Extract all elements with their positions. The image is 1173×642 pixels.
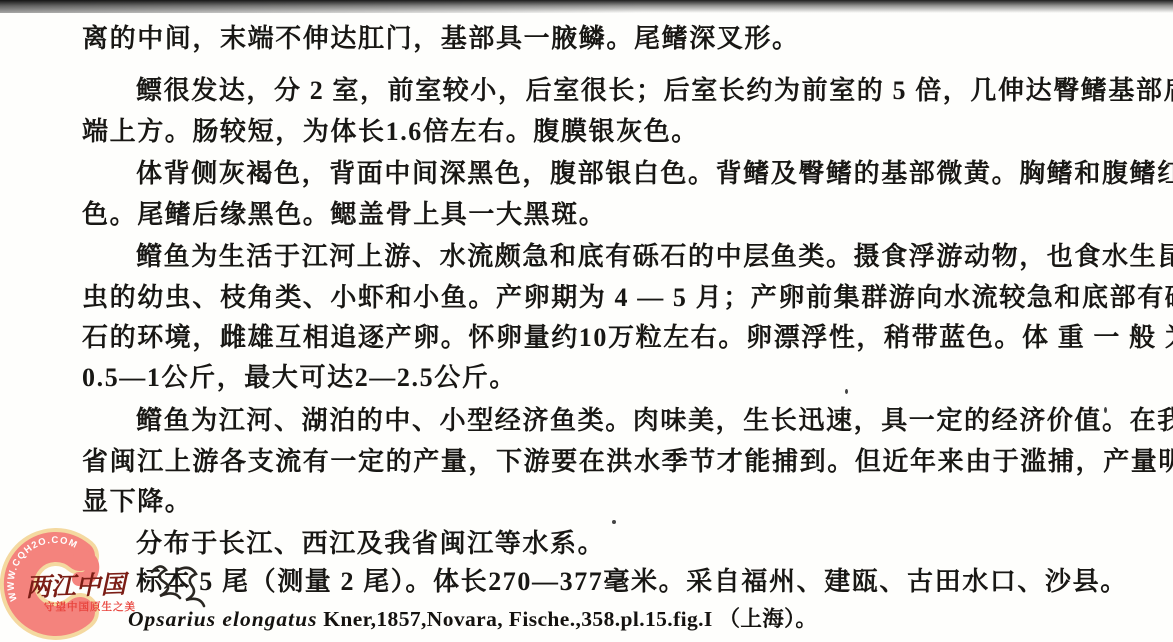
watermark-brand-text: 两江中国 [25, 570, 130, 602]
species-citation: Opsarius elongatus Kner,1857,Novara, Fis… [128, 602, 1128, 633]
scan-speck [845, 389, 848, 394]
scanned-book-page: { "page": { "description": "scanned Chin… [0, 0, 1173, 642]
text-line: 省闽江上游各支流有一定的产量，下游要在洪水季节才能捕到。但近年来由于滥捕，产量明 [82, 441, 1146, 478]
text-line: 0.5—1公斤，最大可达2—2.5公斤。 [82, 357, 1146, 394]
scan-speck [612, 520, 616, 524]
text-line: 鳤鱼为江河、湖泊的中、小型经济鱼类。肉味美，生长迅速，具一定的经济价值。在我 [82, 400, 1173, 437]
handwriting-overlay [152, 566, 204, 606]
scan-speck [1104, 407, 1107, 413]
text-line: 体背侧灰褐色，背面中间深黑色，腹部银白色。背鳍及臀鳍的基部微黄。胸鳍和腹鳍红 [82, 153, 1173, 190]
citation-reference: Kner,1857,Novara, Fische.,358.pl.15.fig.… [317, 607, 817, 631]
text-line: 端上方。肠较短，为体长1.6倍左右。腹膜银灰色。 [82, 111, 1146, 148]
text-line: 鳤鱼为生活于江河上游、水流颇急和底有砾石的中层鱼类。摄食浮游动物，也食水生昆 [82, 236, 1173, 273]
text-line: 标本 5 尾（测量 2 尾）。体长270—377毫米。采自福州、建瓯、古田水口、… [82, 561, 1173, 598]
page-background: 离的中间，末端不伸达肛门，基部具一腋鳞。尾鳍深叉形。 鳔很发达，分 2 室，前室… [0, 0, 1173, 642]
text-line: 分布于长江、西江及我省闽江等水系。 [82, 523, 1173, 560]
text-line: 显下降。 [82, 481, 1146, 518]
text-line: 鳔很发达，分 2 室，前室较小，后室很长；后室长约为前室的 5 倍，几伸达臀鳍基… [82, 70, 1173, 107]
text-line: 虫的幼虫、枝角类、小虾和小鱼。产卵期为 4 — 5 月；产卵前集群游向水流较急和… [82, 277, 1146, 314]
text-line: 石的环境，雌雄互相追逐产卵。怀卵量约10万粒左右。卵漂浮性，稍带蓝色。体 重 一… [82, 317, 1146, 354]
watermark-slogan-text: 守望中国原生之美 [44, 600, 136, 613]
watermark-logo: WWW.CQH2O.COM 两江中国 守望中国原生之美 [0, 528, 230, 642]
text-line: 离的中间，末端不伸达肛门，基部具一腋鳞。尾鳍深叉形。 [82, 18, 1146, 55]
text-line: 色。尾鳍后缘黑色。鳃盖骨上具一大黑斑。 [82, 194, 1146, 231]
